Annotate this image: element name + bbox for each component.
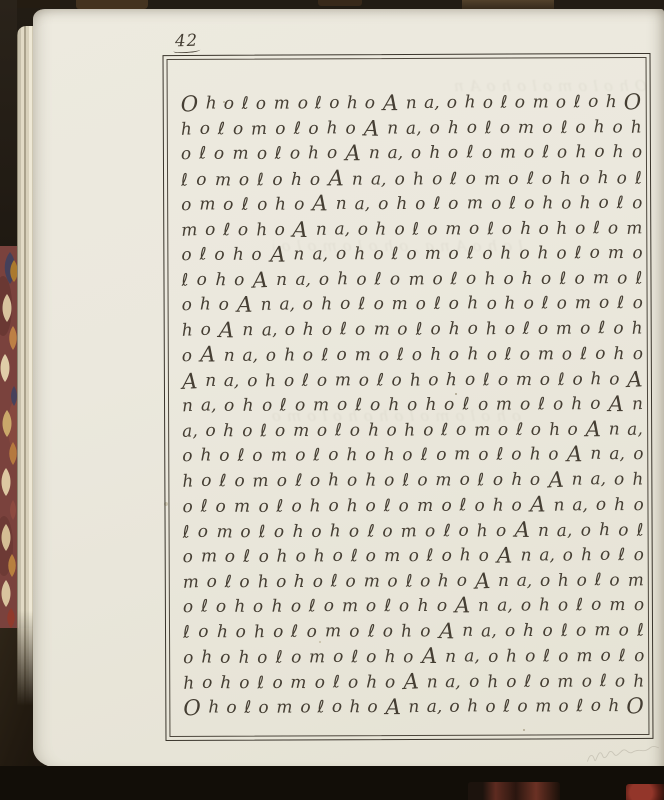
text-line: hoAna,ohoℓomoℓohohoℓomoℓoh <box>182 317 643 344</box>
text-line: a,ohoℓomoℓohohoℓomoℓohoAna, <box>182 417 643 444</box>
text-line: oℓohohoℓomoℓohoAna,ohoℓomo <box>183 593 644 620</box>
text-line: ℓomoℓohoAna,ohoℓomoℓohohoℓ <box>181 166 642 193</box>
table-surface-texture <box>318 0 362 6</box>
book-page: 42 OholomolohoAna,oholomolohO lohoAna,oh… <box>33 9 664 768</box>
marbled-cover-fragment <box>626 784 664 800</box>
text-line: ohoAna,ohoℓomoℓohohoℓomoℓo <box>182 291 643 318</box>
text-line: moℓohoAna,ohoℓomoℓohohoℓom <box>181 216 642 243</box>
text-line: OhoℓomoℓohoAna,ohoℓomoℓohO <box>181 90 642 117</box>
text-line: omoℓohoAna,ohoℓomoℓohohoℓo <box>181 191 642 218</box>
text-line: ohoℓomoℓohohoℓomoℓohoAna,o <box>182 442 643 469</box>
text-line: ohohoℓomoℓohoAna,ohoℓomoℓo <box>183 643 644 670</box>
text-line: oAna,ohoℓomoℓohohoℓomoℓoho <box>182 342 643 369</box>
text-line: oℓomoℓohohoℓomoℓohoAna,oho <box>182 492 643 519</box>
text-line: hoℓomoℓohoAna,ohoℓomoℓohoh <box>181 116 642 143</box>
table-surface-texture <box>76 0 148 9</box>
text-line: ℓohoAna,ohoℓomoℓohohoℓomoℓ <box>181 266 642 293</box>
manuscript-text: OhoℓomoℓohoAna,ohoℓomoℓohOhoℓomoℓohoAna,… <box>181 90 645 721</box>
text-line: hoℓomoℓohohoℓomoℓohoAna,oh <box>182 468 643 495</box>
text-line: ℓomoℓohohoℓomoℓohoAna,ohoℓ <box>183 518 644 545</box>
ruled-border: OhoℓomoℓohoAna,ohoℓomoℓohOhoℓomoℓohoAna,… <box>163 53 654 741</box>
text-line: moℓohohoℓomoℓohoAna,ohoℓom <box>183 568 644 595</box>
text-line: OhoℓomoℓohoAna,ohoℓomoℓohO <box>183 694 644 721</box>
scanned-book-photo: 42 OholomolohoAna,oholomolohO lohoAna,oh… <box>0 0 664 800</box>
text-line: hohoℓomoℓohoAna,ohoℓomoℓoh <box>183 669 644 696</box>
text-line: oℓomoℓohoAna,ohoℓomoℓohoho <box>181 140 642 167</box>
text-line: ℓohohoℓomoℓohoAna,ohoℓomoℓ <box>183 619 644 646</box>
table-surface-bottom <box>0 766 664 800</box>
pencil-inscription <box>584 741 664 768</box>
text-line: na,ohoℓomoℓohohoℓomoℓohoAn <box>182 392 643 419</box>
book-cover-edge <box>0 0 17 248</box>
page-number: 42 <box>175 31 199 51</box>
marbled-cover-fragment <box>468 782 560 800</box>
text-line: omoℓohohoℓomoℓohoAna,ohoℓo <box>183 543 644 570</box>
text-line: Ana,ohoℓomoℓohohoℓomoℓohoA <box>182 367 643 394</box>
text-line: oℓohoAna,ohoℓomoℓohohoℓomo <box>181 241 642 268</box>
